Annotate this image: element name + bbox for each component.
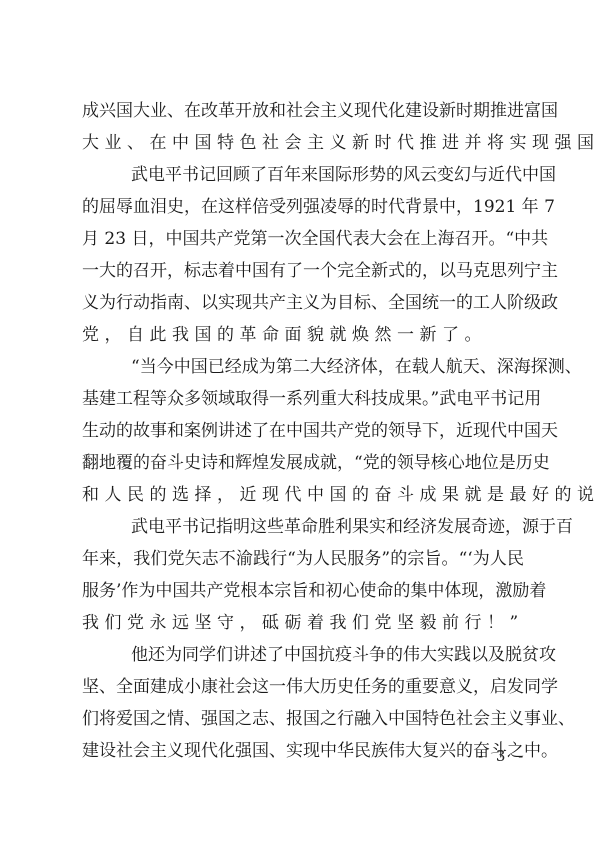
text-line: 武电平书记回顾了百年来国际形势的风云变幻与近代中国 [82,159,524,191]
paragraph-3: “当今中国已经成为第二大经济体，在载人航天、深海探测、 基建工程等众多领域取得一… [82,351,524,511]
text-line: 他还为同学们讲述了中国抗疫斗争的伟大实践以及脱贫攻 [82,639,524,671]
text-line: 翻地覆的奋斗史诗和辉煌发展成就，“党的领导核心地位是历史 [82,447,524,479]
text-line: 一大的召开，标志着中国有了一个完全新式的，以马克思列宁主 [82,255,524,287]
text-line: 成兴国大业、在改革开放和社会主义现代化建设新时期推进富国 [82,95,524,127]
paragraph-1: 成兴国大业、在改革开放和社会主义现代化建设新时期推进富国 大业、在中国特色社会主… [82,95,524,159]
page-number: - 3 - [478,746,527,766]
text-line: 武电平书记指明这些革命胜利果实和经济发展奇迹，源于百 [82,511,524,543]
text-line: 生动的故事和案例讲述了在中国共产党的领导下，近现代中国天 [82,415,524,447]
text-line: 义为行动指南、以实现共产主义为目标、全国统一的工人阶级政 [82,287,524,319]
text-line: 我们党永远坚守，砥砺着我们党坚毅前行！” [82,607,524,639]
text-line: 党，自此我国的革命面貌就焕然一新了。 [82,319,524,351]
text-line: 大业、在中国特色社会主义新时代推进并将实现强国大业。 [82,127,524,159]
text-line: 坚、全面建成小康社会这一伟大历史任务的重要意义，启发同学 [82,671,524,703]
document-page: 成兴国大业、在改革开放和社会主义现代化建设新时期推进富国 大业、在中国特色社会主… [0,0,600,848]
text-line: 基建工程等众多领域取得一系列重大科技成果。”武电平书记用 [82,383,524,415]
text-line: 的屈辱血泪史，在这样倍受列强凌辱的时代背景中，1921 年 7 [82,191,524,223]
text-line: 年来，我们党矢志不渝践行“为人民服务”的宗旨。“‘为人民 [82,543,524,575]
text-line: 和人民的选择，近现代中国的奋斗成果就是最好的说明。” [82,479,524,511]
paragraph-5: 他还为同学们讲述了中国抗疫斗争的伟大实践以及脱贫攻 坚、全面建成小康社会这一伟大… [82,639,524,767]
body-text: 成兴国大业、在改革开放和社会主义现代化建设新时期推进富国 大业、在中国特色社会主… [82,95,524,767]
text-line: 月 23 日，中国共产党第一次全国代表大会在上海召开。“中共 [82,223,524,255]
text-line: 服务’作为中国共产党根本宗旨和初心使命的集中体现，激励着 [82,575,524,607]
text-line: 们将爱国之情、强国之志、报国之行融入中国特色社会主义事业、 [82,703,524,735]
paragraph-2: 武电平书记回顾了百年来国际形势的风云变幻与近代中国 的屈辱血泪史，在这样倍受列强… [82,159,524,351]
paragraph-4: 武电平书记指明这些革命胜利果实和经济发展奇迹，源于百 年来，我们党矢志不渝践行“… [82,511,524,639]
text-line: “当今中国已经成为第二大经济体，在载人航天、深海探测、 [82,351,524,383]
text-line: 建设社会主义现代化强国、实现中华民族伟大复兴的奋斗之中。 [82,735,524,767]
